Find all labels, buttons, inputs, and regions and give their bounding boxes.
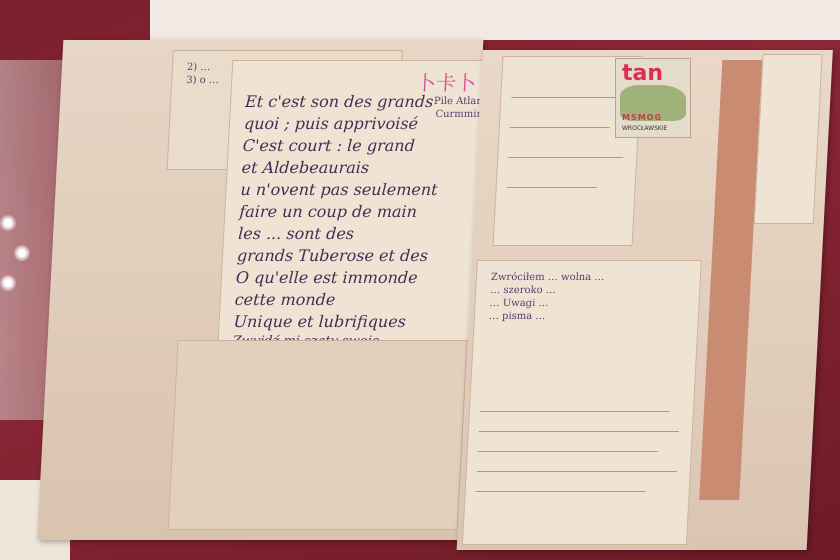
manuscript-notebook: 2) … 3) o … 卜卡卜卜 Pile Atlantis Curmmings… bbox=[7, 40, 840, 550]
draft-sheet: Zwróciłem … wolna … … szeroko … … Uwagi … bbox=[462, 260, 702, 545]
poem-text: Et c'est son des grands quoi ; puis appr… bbox=[229, 91, 495, 360]
left-page: 2) … 3) o … 卜卡卜卜 Pile Atlantis Curmmings… bbox=[37, 40, 483, 540]
printed-label: tan MSMOG WROCŁAWSKIE bbox=[615, 58, 691, 138]
display-frame bbox=[150, 0, 840, 40]
blank-lower-sheet bbox=[168, 340, 468, 530]
narrow-note-sheet bbox=[754, 54, 823, 224]
pink-paper-strip bbox=[699, 60, 762, 500]
